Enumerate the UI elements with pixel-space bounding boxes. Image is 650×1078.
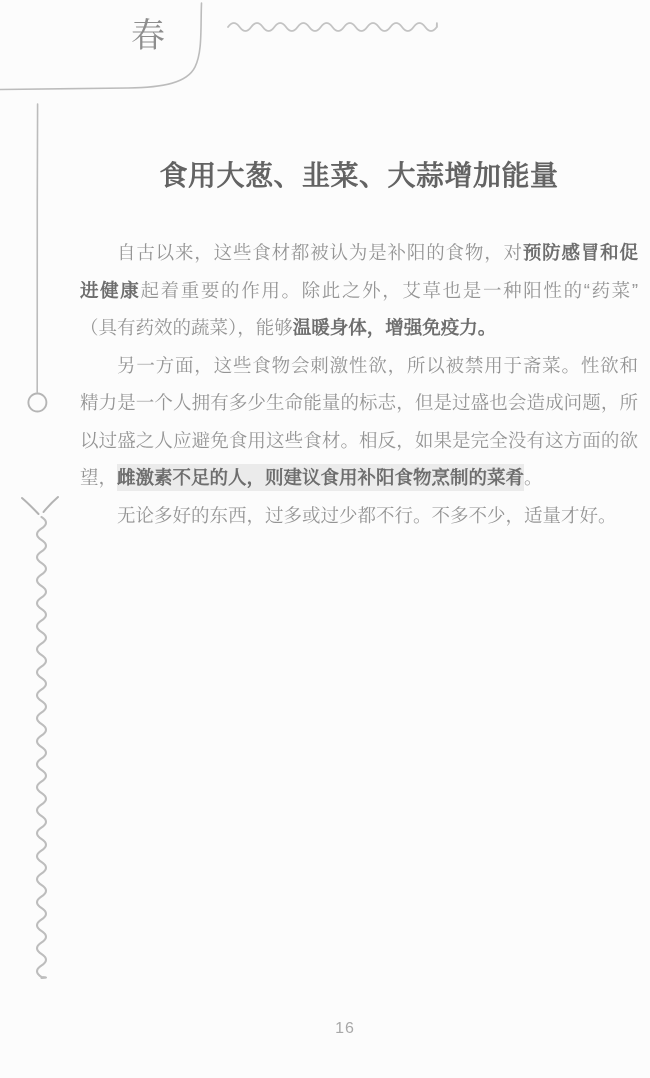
text-line: 望，雌激素不足的人，则建议食用补阳食物烹制的菜肴。	[80, 459, 638, 497]
text-segment: 无论多好的东西，过多或过少都不行。不多不少，适量才好。	[117, 505, 617, 526]
text-line: 以过盛之人应避免食用这些食材。相反，如果是完全没有这方面的欲	[80, 422, 638, 460]
left-wavy-line	[37, 517, 46, 978]
book-page: 春 食用大葱、韭菜、大蒜增加能量 自古以来，这些食材都被认为是补阳的食物，对预防…	[0, 0, 650, 1078]
body-text: 自古以来，这些食材都被认为是补阳的食物，对预防感冒和促进健康起着重要的作用。除此…	[80, 234, 638, 534]
bold-text: 温暖身体，增强免疫力。	[293, 317, 497, 338]
page-title: 食用大葱、韭菜、大蒜增加能量	[80, 158, 638, 194]
text-segment: 自古以来，这些食材都被认为是补阳的食物，对	[117, 242, 523, 263]
v-mark-left-stroke	[22, 498, 39, 514]
line-end-circle	[28, 394, 46, 412]
text-line: 另一方面，这些食物会刺激性欲，所以被禁用于斋菜。性欲和	[80, 347, 638, 385]
tab-corner-line	[0, 3, 202, 90]
text-line: 进健康起着重要的作用。除此之外，艾草也是一种阳性的“药菜”	[80, 272, 638, 310]
highlighted-text: 雌激素不足的人，则建议食用补阳食物烹制的菜肴	[117, 464, 524, 491]
text-segment: 起着重要的作用。除此之外，艾草也是一种阳性的“药菜”	[140, 280, 638, 301]
page-number: 16	[0, 1020, 650, 1038]
bold-text: 预防感冒和促	[523, 242, 638, 263]
text-line: 自古以来，这些食材都被认为是补阳的食物，对预防感冒和促	[80, 234, 638, 272]
text-line: （具有药效的蔬菜），能够温暖身体，增强免疫力。	[80, 309, 638, 347]
season-tab-label: 春	[126, 16, 170, 56]
text-segment: 望，	[80, 467, 117, 488]
text-line: 精力是一个人拥有多少生命能量的标志，但是过盛也会造成问题，所	[80, 384, 638, 422]
text-line: 无论多好的东西，过多或过少都不行。不多不少，适量才好。	[80, 497, 638, 535]
bold-text: 进健康	[80, 280, 140, 301]
text-segment: 。	[524, 467, 543, 488]
top-wavy-line	[228, 23, 437, 31]
text-segment: 以过盛之人应避免食用这些食材。相反，如果是完全没有这方面的欲	[80, 430, 638, 451]
text-segment: （具有药效的蔬菜），能够	[80, 317, 293, 338]
text-segment: 另一方面，这些食物会刺激性欲，所以被禁用于斋菜。性欲和	[117, 355, 638, 376]
text-segment: 精力是一个人拥有多少生命能量的标志，但是过盛也会造成问题，所	[80, 392, 638, 413]
v-mark-right-stroke	[44, 497, 59, 512]
